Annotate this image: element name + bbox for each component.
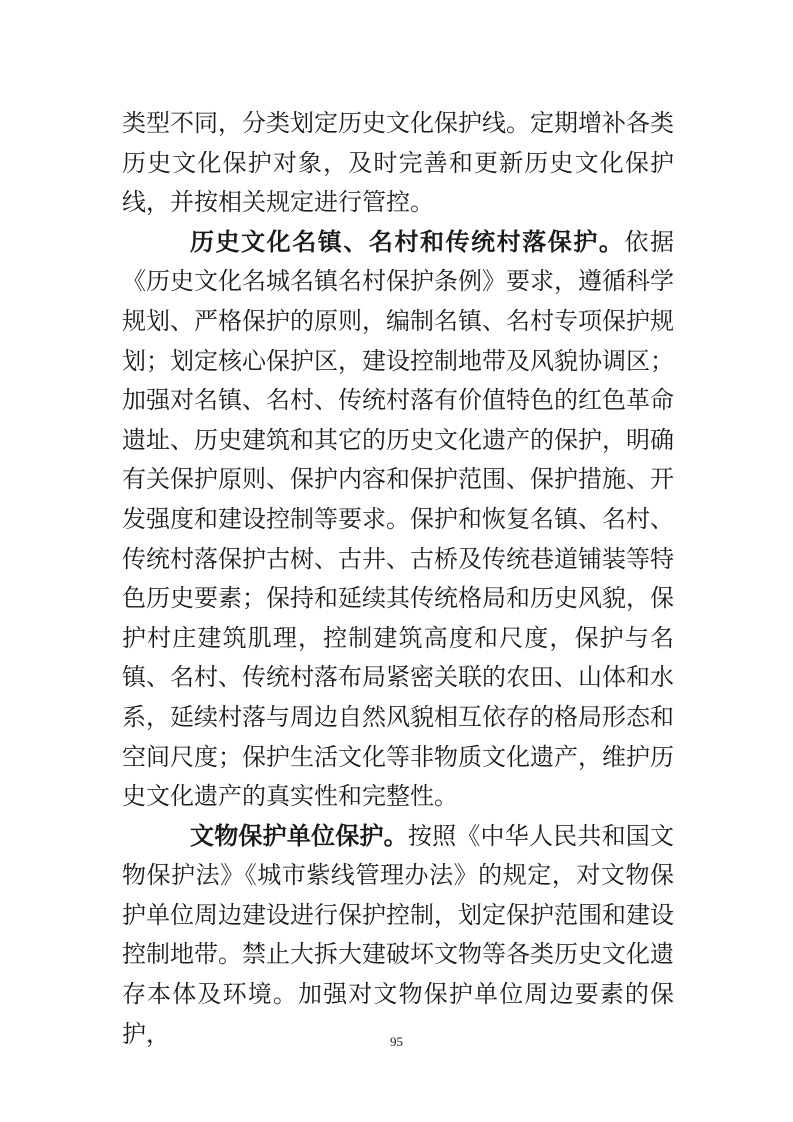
paragraph-continuation: 类型不同，分类划定历史文化保护线。定期增补各类历史文化保护对象，及时完善和更新历…	[122, 104, 674, 223]
paragraph-cultural-relics: 文物保护单位保护。按照《中华人民共和国文物保护法》《城市紫线管理办法》的规定，对…	[122, 817, 674, 1055]
paragraph-text: 按照《中华人民共和国文物保护法》《城市紫线管理办法》的规定，对文物保护单位周边建…	[122, 822, 674, 1048]
paragraph-text: 依据《历史文化名城名镇名村保护条例》要求，遵循科学规划、严格保护的原则，编制名镇…	[122, 228, 674, 810]
paragraph-heading: 文物保护单位保护。	[190, 822, 408, 850]
paragraph-heading: 历史文化名镇、名村和传统村落保护。	[190, 228, 624, 256]
paragraph-text: 类型不同，分类划定历史文化保护线。定期增补各类历史文化保护对象，及时完善和更新历…	[122, 109, 674, 216]
document-body: 类型不同，分类划定历史文化保护线。定期增补各类历史文化保护对象，及时完善和更新历…	[122, 104, 674, 1054]
paragraph-historic-towns-villages: 历史文化名镇、名村和传统村落保护。依据《历史文化名城名镇名村保护条例》要求，遵循…	[122, 223, 674, 817]
page-number: 95	[0, 1034, 793, 1050]
